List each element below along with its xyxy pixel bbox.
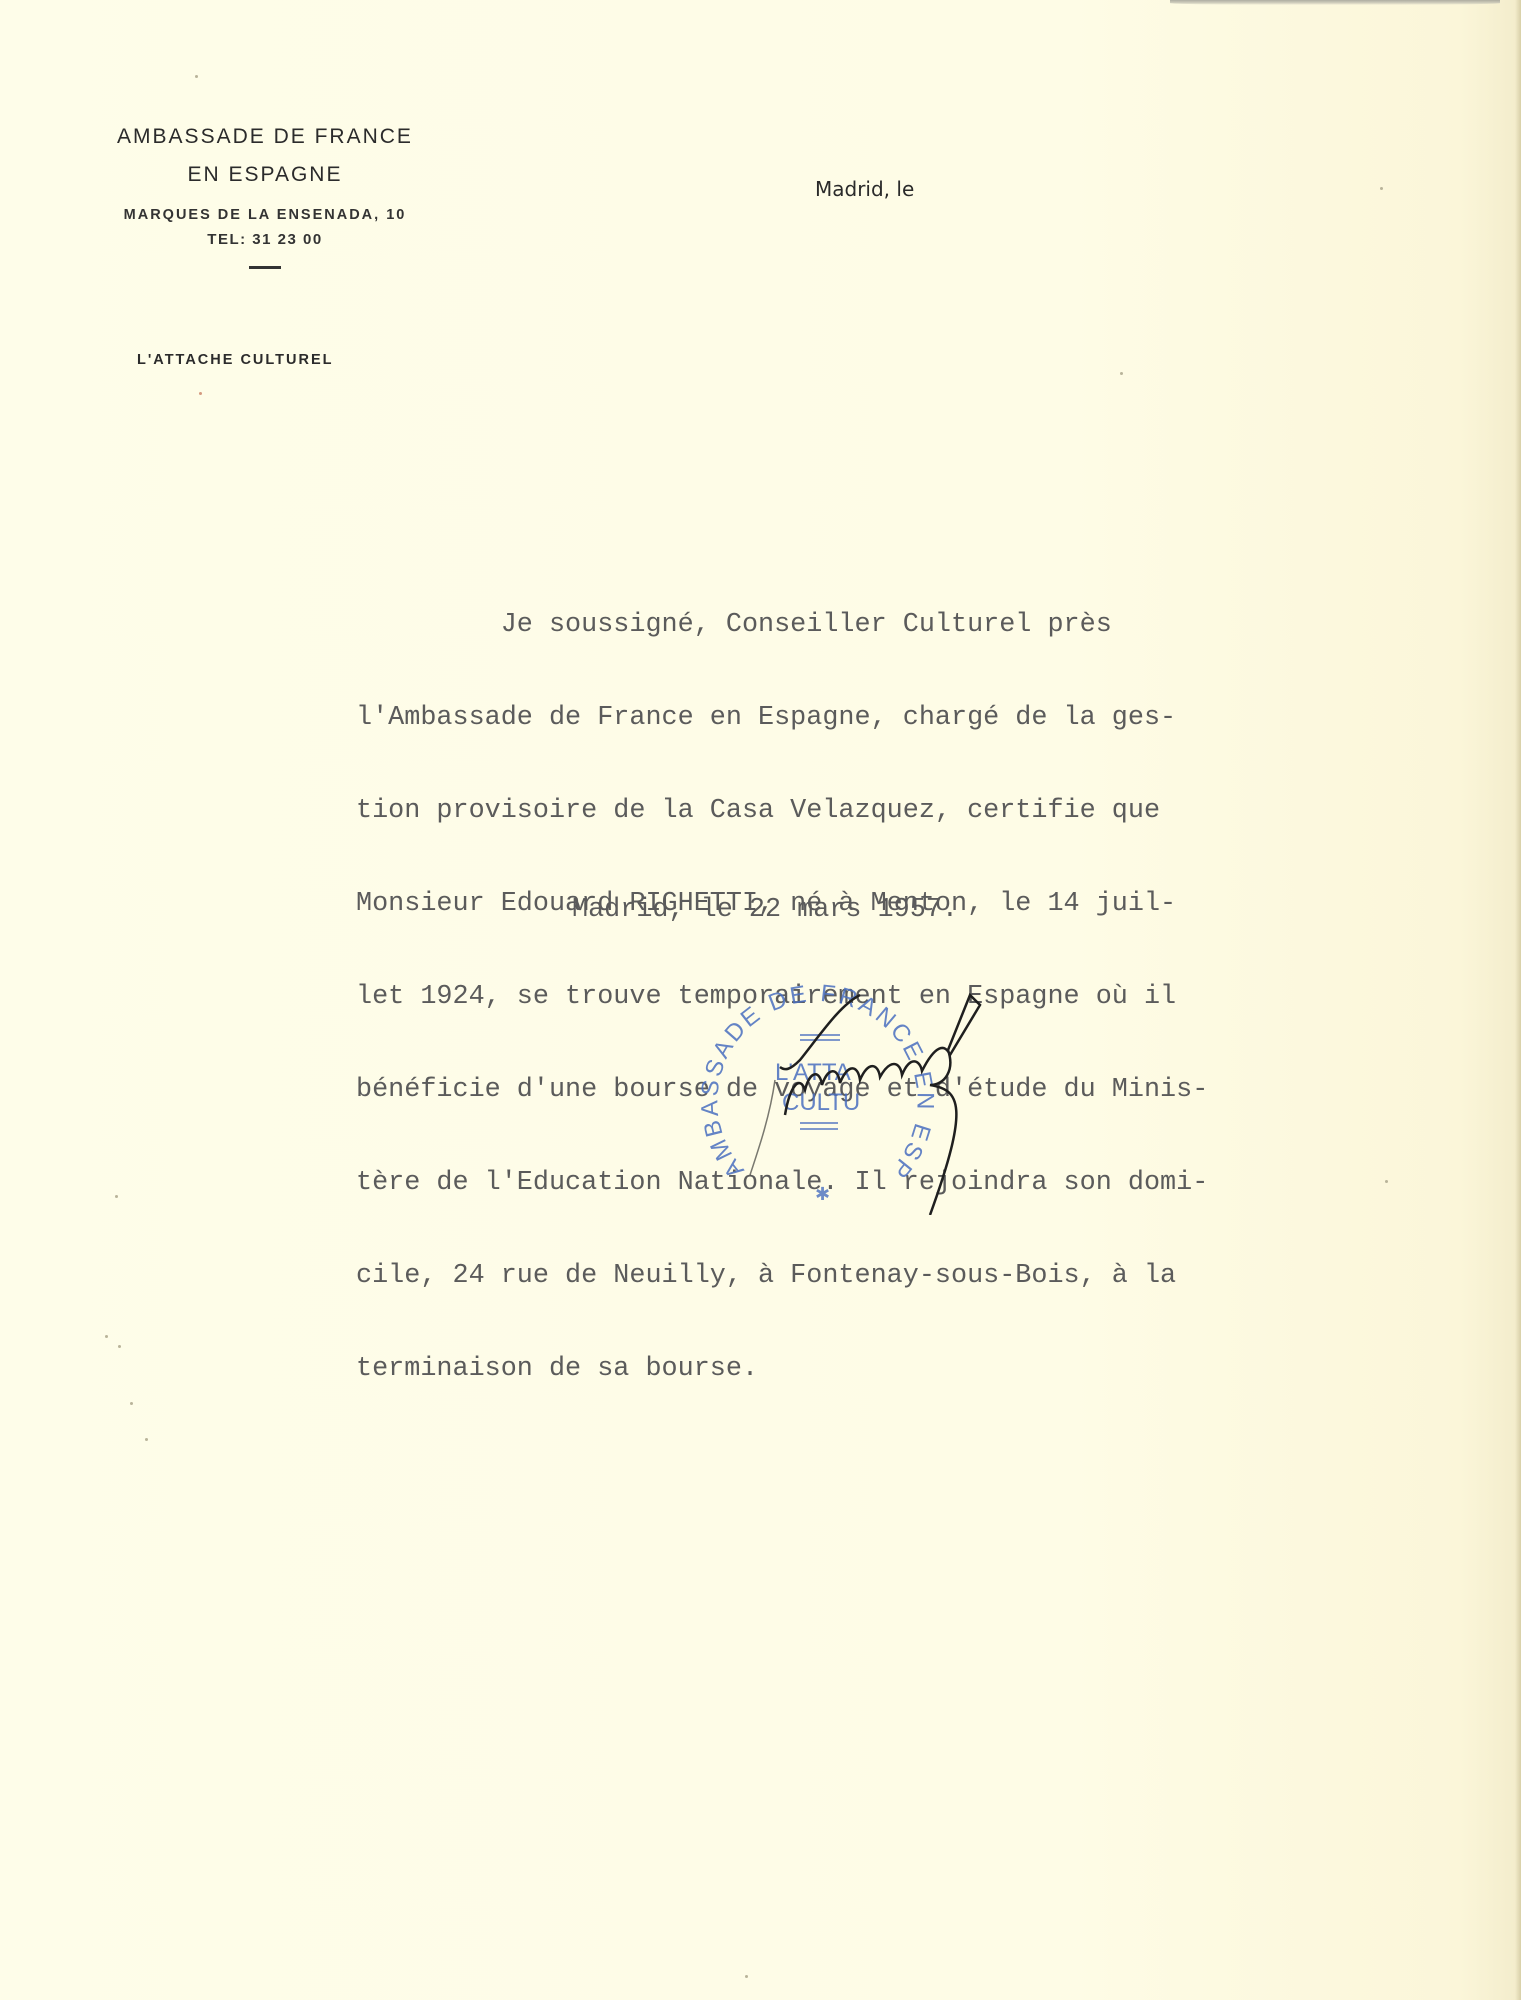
- signature-date-line: Madrid, le 22 mars 1957.: [572, 895, 958, 925]
- signature-icon: [730, 975, 1030, 1215]
- department-label: L'ATTACHE CULTUREL: [137, 352, 334, 368]
- body-line: tion provisoire de la Casa Velazquez, ce…: [356, 796, 1356, 827]
- paper-page: AMBASSADE DE FRANCE EN ESPAGNE MARQUES D…: [0, 0, 1521, 2000]
- place-date-header: Madrid, le: [815, 177, 914, 201]
- body-line: l'Ambassade de France en Espagne, chargé…: [356, 703, 1356, 734]
- handwritten-signature: [730, 975, 1030, 1215]
- letterhead: AMBASSADE DE FRANCE EN ESPAGNE MARQUES D…: [60, 118, 470, 269]
- body-line: terminaison de sa bourse.: [356, 1354, 1356, 1385]
- letterhead-rule: [249, 266, 281, 269]
- right-paper-edge: [1515, 0, 1521, 2000]
- body-line: cile, 24 rue de Neuilly, à Fontenay-sous…: [356, 1261, 1356, 1292]
- body-line: Je soussigné, Conseiller Culturel près: [356, 610, 1356, 641]
- letterhead-line2: EN ESPAGNE: [60, 156, 470, 194]
- letterhead-tel: TEL: 31 23 00: [60, 228, 470, 252]
- letterhead-address: MARQUES DE LA ENSENADA, 10: [60, 202, 470, 228]
- top-edge-shadow: [1170, 0, 1500, 5]
- letterhead-line1: AMBASSADE DE FRANCE: [60, 118, 470, 156]
